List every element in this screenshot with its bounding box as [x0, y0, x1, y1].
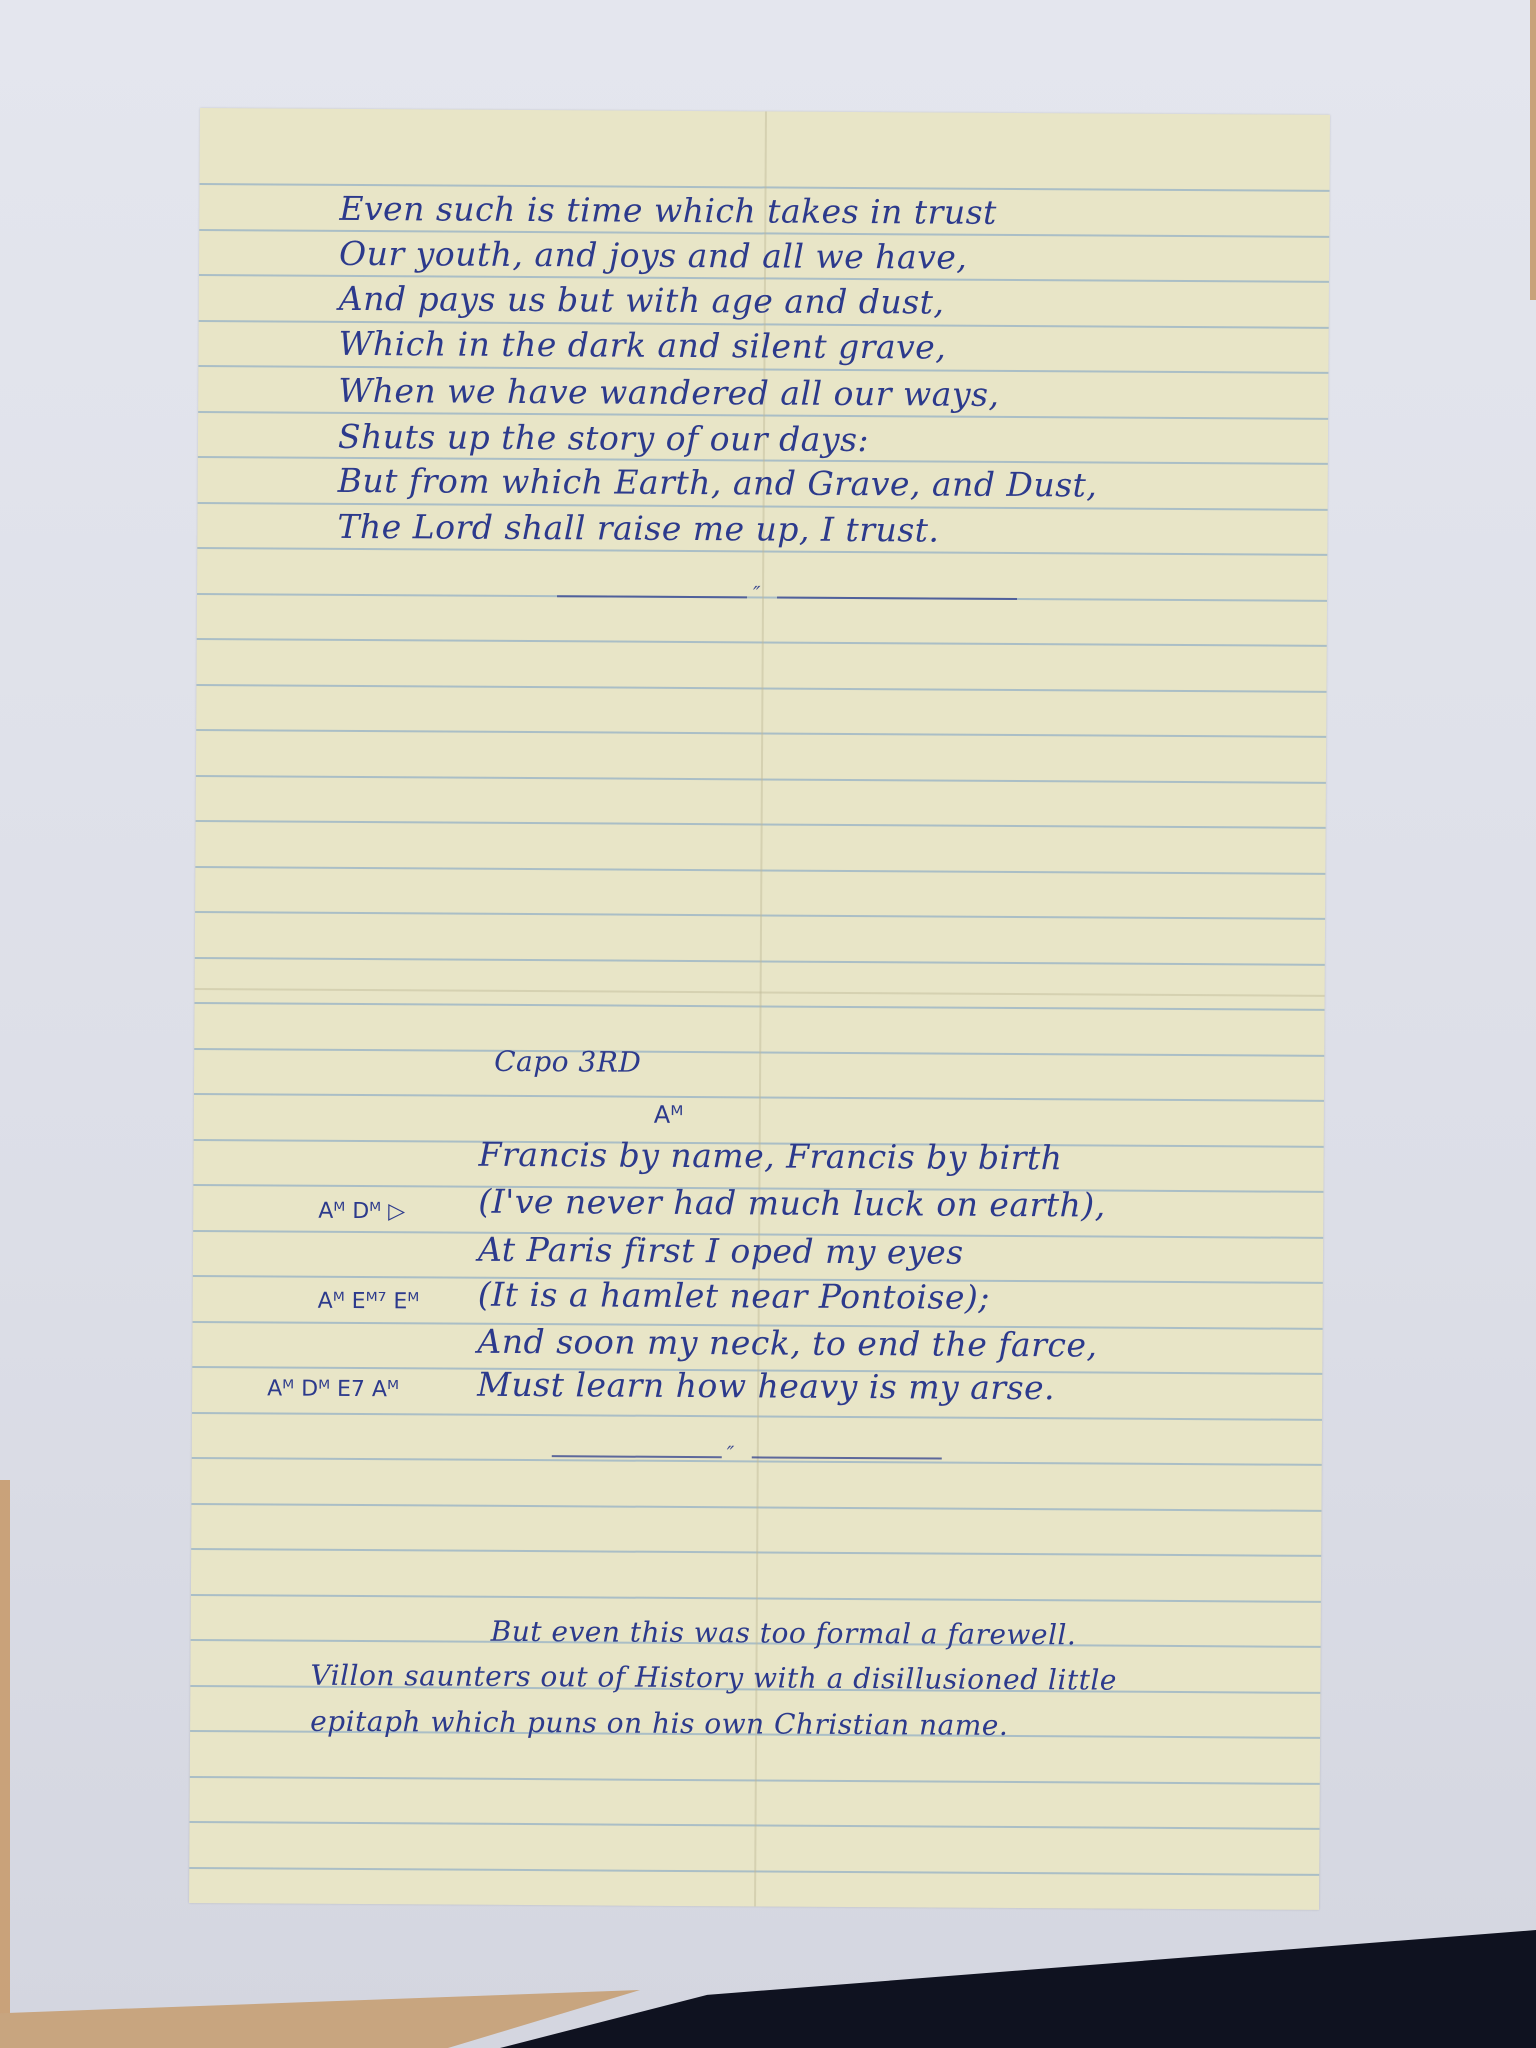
song-line: Francis by name, Francis by birth [478, 1135, 1062, 1178]
section-divider-mark: ″ [727, 1441, 735, 1465]
prose-line: But even this was too formal a farewell. [491, 1615, 1077, 1652]
chord-label: Aᴹ Eᴹ⁷ Eᴹ [318, 1289, 420, 1315]
song-line: And soon my neck, to end the farce, [477, 1322, 1097, 1365]
section-divider-left [557, 595, 747, 598]
song-line: (It is a hamlet near Pontoise); [478, 1275, 990, 1317]
section-divider-right [777, 597, 1017, 600]
poem-line: Which in the dark and silent grave, [338, 324, 946, 367]
chord-label: Aᴹ [654, 1101, 684, 1129]
poem-line: But from which Earth, and Grave, and Dus… [338, 461, 1098, 505]
chord-label: Aᴹ Dᴹ ▷ [318, 1199, 405, 1225]
lined-paper-sheet: Even such is time which takes in trust O… [189, 108, 1330, 1910]
song-line: At Paris first I oped my eyes [478, 1230, 964, 1272]
poem-line: Our youth, and joys and all we have, [339, 234, 967, 277]
section-divider-mark: ″ [753, 581, 761, 605]
poem-line: Even such is time which takes in trust [339, 189, 997, 232]
prose-line: Villon saunters out of History with a di… [310, 1659, 1117, 1697]
poem-line: When we have wandered all our ways, [338, 371, 999, 414]
chord-label: Aᴹ Dᴹ E7 Aᴹ [267, 1376, 399, 1402]
section-divider-right [752, 1456, 942, 1459]
prose-line: epitaph which puns on his own Christian … [310, 1705, 1008, 1742]
section-divider-left [552, 1455, 722, 1458]
poem-line: Shuts up the story of our days: [338, 417, 869, 459]
song-line: (I've never had much luck on earth), [478, 1182, 1106, 1225]
poem-line: And pays us but with age and dust, [339, 279, 945, 322]
song-line: Must learn how heavy is my arse. [477, 1365, 1055, 1408]
poem-line: The Lord shall raise me up, I trust. [337, 507, 939, 550]
wood-edge-left [0, 1480, 10, 2048]
wood-edge-right [1530, 0, 1536, 300]
capo-note: Capo 3RD [494, 1045, 641, 1079]
